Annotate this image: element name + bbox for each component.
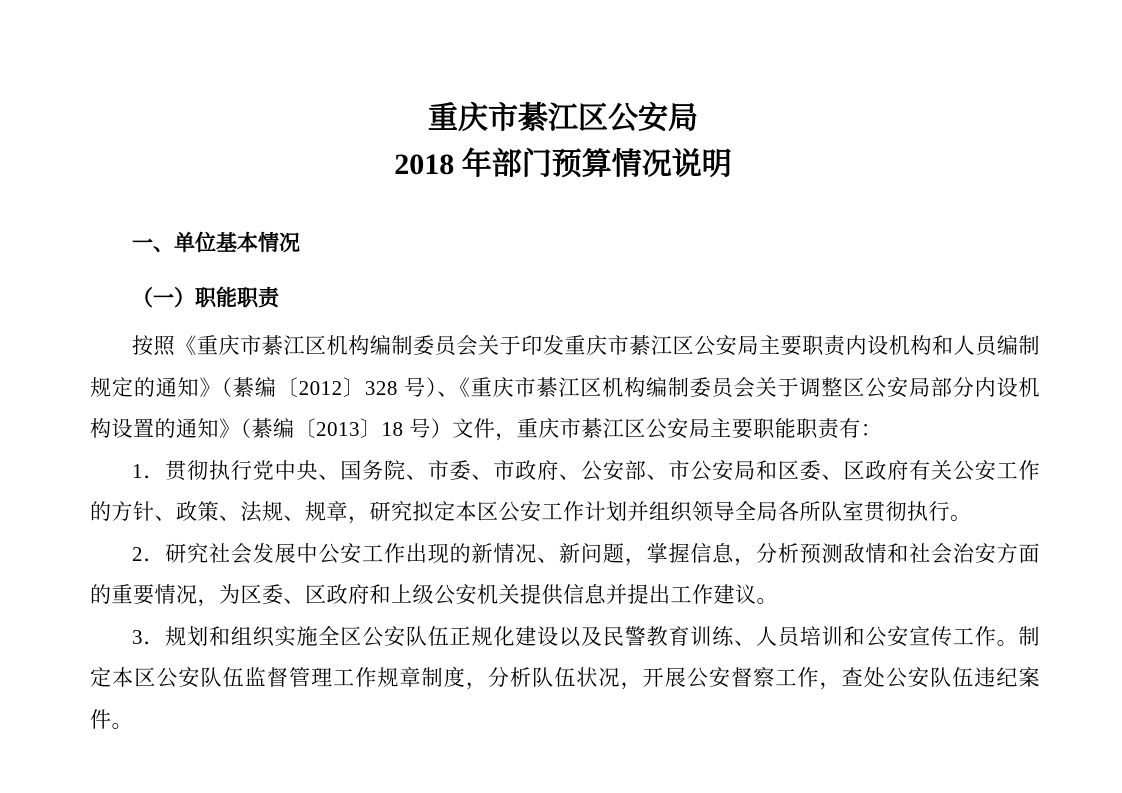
document-title-line-1: 重庆市綦江区公安局 bbox=[90, 96, 1036, 142]
paragraph-duty-2: 2．研究社会发展中公安工作出现的新情况、新问题，掌握信息，分析预测敌情和社会治安… bbox=[90, 534, 1040, 617]
document-title: 重庆市綦江区公安局 2018 年部门预算情况说明 bbox=[90, 96, 1036, 188]
document-title-line-2: 2018 年部门预算情况说明 bbox=[90, 142, 1036, 188]
paragraph-duty-3: 3．规划和组织实施全区公安队伍正规化建设以及民警教育训练、人员培训和公安宣传工作… bbox=[90, 617, 1040, 742]
paragraph-intro: 按照《重庆市綦江区机构编制委员会关于印发重庆市綦江区公安局主要职责内设机构和人员… bbox=[90, 326, 1040, 451]
document-body: 按照《重庆市綦江区机构编制委员会关于印发重庆市綦江区公安局主要职责内设机构和人员… bbox=[90, 326, 1040, 741]
section-heading-basic-info: 一、单位基本情况 bbox=[90, 231, 1036, 257]
paragraph-duty-1: 1．贯彻执行党中央、国务院、市委、市政府、公安部、市公安局和区委、区政府有关公安… bbox=[90, 451, 1040, 534]
subsection-heading-duties: （一）职能职责 bbox=[90, 286, 1036, 312]
document-page: 重庆市綦江区公安局 2018 年部门预算情况说明 一、单位基本情况 （一）职能职… bbox=[0, 0, 1122, 793]
